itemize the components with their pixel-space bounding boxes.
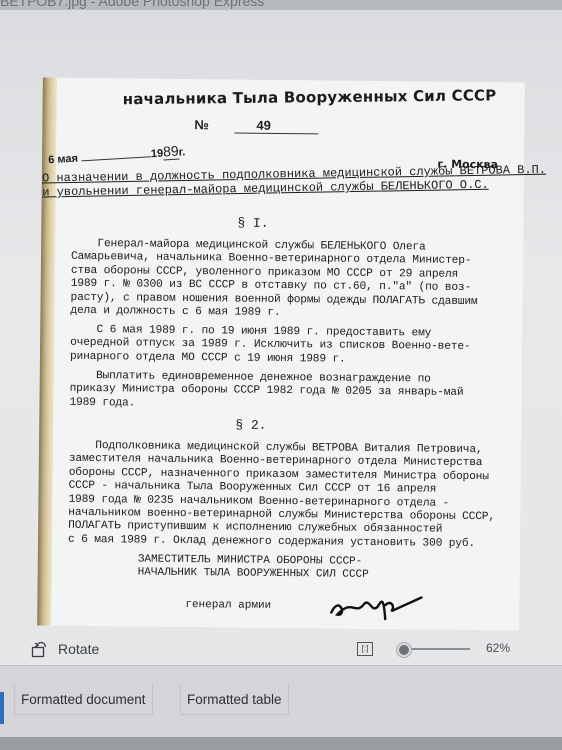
section-1-paragraph: С 6 мая 1989 г. по 19 июня 1989 г. предо… (70, 324, 471, 368)
window-title: ВЕТРОВ7.jpg - Adobe Photoshop Express (0, 0, 264, 9)
rotate-label: Rotate (58, 641, 99, 657)
image-viewer: начальника Тыла Вооруженных Сил СССР №49… (0, 10, 562, 665)
document-page: начальника Тыла Вооруженных Сил СССР №49… (37, 77, 525, 630)
rotate-left-icon (30, 639, 50, 659)
background-content (0, 737, 562, 750)
date-year-unit: г. (178, 146, 185, 158)
section-1-title: § I. (237, 216, 268, 231)
zoom-percentage: 62% (486, 641, 510, 655)
tab-label: Formatted table (187, 692, 282, 707)
zoom-slider-thumb[interactable] (397, 643, 411, 657)
document-heading: начальника Тыла Вооруженных Сил СССР (123, 86, 497, 108)
active-indicator (0, 692, 4, 724)
tab-formatted-table[interactable]: Formatted table (180, 684, 289, 715)
window-titlebar: ВЕТРОВ7.jpg - Adobe Photoshop Express (0, 0, 562, 10)
section-1-paragraph: Выплатить единовременное денежное вознаг… (69, 370, 463, 414)
date-month: мая (57, 153, 78, 166)
order-subject: О назначении в должность подполковника м… (42, 163, 512, 199)
tab-label: Formatted document (21, 692, 146, 707)
section-1-paragraph: Генерал-майора медицинской службы БЕЛЕНЬ… (70, 238, 478, 323)
order-date: 6 мая 1989г. (48, 142, 186, 166)
order-number: №49 (194, 117, 318, 134)
number-label: № (194, 117, 234, 132)
signatory-title: ЗАМЕСТИТЕЛЬ МИНИСТРА ОБОРОНЫ СССР- НАЧАЛ… (138, 554, 369, 581)
date-year-suffix: 89 (163, 143, 180, 161)
viewer-toolbar: Rotate [:] 62% (0, 630, 562, 670)
actual-size-icon: [:] (362, 644, 369, 653)
rotate-button[interactable]: Rotate (30, 638, 99, 660)
actual-size-button[interactable]: [:] (357, 642, 373, 656)
zoom-slider[interactable] (398, 642, 470, 656)
signatory-rank: генерал армии (185, 599, 271, 612)
date-year-prefix: 19 (151, 148, 164, 161)
section-2-title: § 2. (235, 418, 266, 433)
output-tabbar: Formatted document Formatted table (0, 665, 562, 738)
date-day: 6 (48, 154, 55, 166)
tab-formatted-document[interactable]: Formatted document (14, 684, 153, 715)
section-2-paragraph: Подполковника медицинской службы ВЕТРОВА… (68, 440, 496, 552)
handwritten-signature (325, 584, 425, 625)
number-value: 49 (234, 117, 318, 134)
